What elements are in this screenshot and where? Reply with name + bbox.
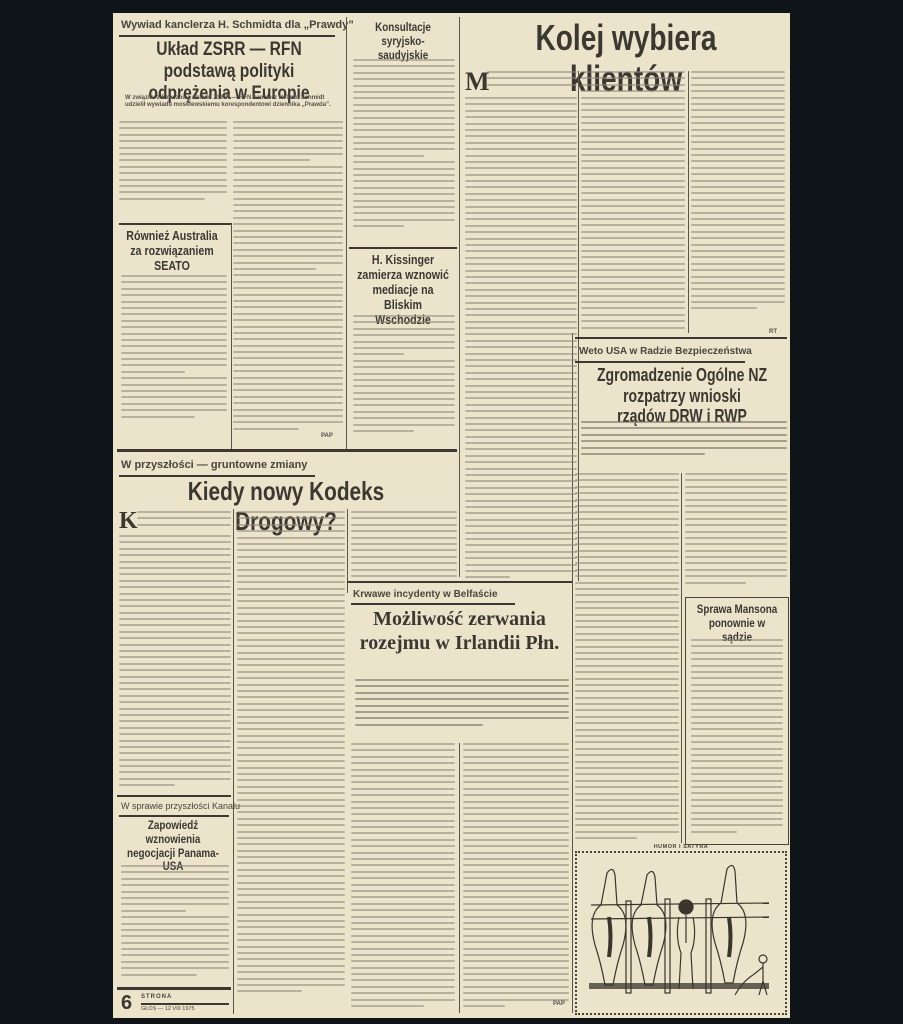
kodeks-dropcap: K <box>119 509 138 533</box>
belfast-source: PAP <box>553 1001 565 1007</box>
column-rule <box>459 17 460 577</box>
kolej-body-col2 <box>581 71 685 333</box>
australia-body <box>121 275 227 445</box>
kolej-body-col1 <box>465 97 577 579</box>
belfast-body-col1 <box>351 743 455 1013</box>
kolej-dropcap: M <box>465 69 490 95</box>
schmidt-source: PAP <box>321 433 333 439</box>
cartoon-illustration <box>579 855 781 1009</box>
divider <box>351 603 515 605</box>
newspaper-page: Wywiad kanclerza H. Schmidta dla „Prawdy… <box>113 13 790 1018</box>
divider <box>117 795 231 797</box>
kodeks-body-col2 <box>237 511 345 1011</box>
footer-masthead: GŁOS — 12 VIII 1975 <box>141 1006 195 1012</box>
weto-body-col1 <box>575 473 679 843</box>
column-rule <box>688 71 689 333</box>
footer-label: STRONA <box>141 994 172 1000</box>
weto-lede <box>581 421 787 467</box>
schmidt-lede: W związku z 5 rocznicą układu ZSRR — RFN… <box>125 95 339 109</box>
panama-body <box>121 865 229 983</box>
divider <box>141 1003 229 1005</box>
weto-headline: Zgromadzenie Ogólne NZ rozpatrzy wnioski… <box>597 365 767 427</box>
divider <box>119 35 335 37</box>
kolej-author: RT <box>769 329 777 335</box>
divider <box>347 581 572 583</box>
weto-kicker: Weto USA w Radzie Bezpieczeństwa <box>579 346 752 357</box>
kissinger-body <box>353 315 455 445</box>
belfast-lede <box>355 679 569 737</box>
divider <box>117 449 457 452</box>
divider <box>117 987 231 990</box>
schmidt-body-col1 <box>119 121 227 221</box>
divider <box>119 815 229 817</box>
kolej-body-col3 <box>691 71 785 333</box>
column-rule <box>233 509 234 1014</box>
column-rule <box>231 223 232 449</box>
kodeks-body-col3 <box>351 511 457 587</box>
column-rule <box>459 743 460 1013</box>
kolej-body-intro <box>487 71 577 95</box>
kodeks-body-col1 <box>119 535 231 793</box>
panama-kicker: W sprawie przyszłości Kanału <box>121 801 240 811</box>
column-rule <box>346 17 347 449</box>
belfast-kicker: Krwawe incydenty w Belfaście <box>353 589 498 600</box>
weto-body-col2 <box>685 473 787 593</box>
divider <box>575 337 787 339</box>
australia-headline: Również Australia za rozwiązaniem SEATO <box>125 229 218 274</box>
page-number: 6 <box>121 993 132 1013</box>
manson-body <box>691 639 783 839</box>
cartoon-caption: HUMOR I SATYRA <box>575 844 787 850</box>
schmidt-kicker: Wywiad kanclerza H. Schmidta dla „Prawdy… <box>121 19 354 31</box>
belfast-body-col2 <box>463 743 569 1013</box>
column-rule <box>681 473 682 843</box>
kodeks-kicker: W przyszłości — gruntowne zmiany <box>121 459 307 471</box>
belfast-headline: Możliwość zerwania rozejmu w Irlandii Pł… <box>347 607 572 655</box>
divider <box>119 223 231 225</box>
schmidt-body-col2 <box>233 121 343 443</box>
konsultacje-body <box>353 59 455 243</box>
divider <box>349 247 457 249</box>
konsultacje-headline: Konsultacje syryjsko-saudyjskie <box>357 21 449 62</box>
divider <box>575 361 745 363</box>
kodeks-body-intro <box>137 511 231 533</box>
